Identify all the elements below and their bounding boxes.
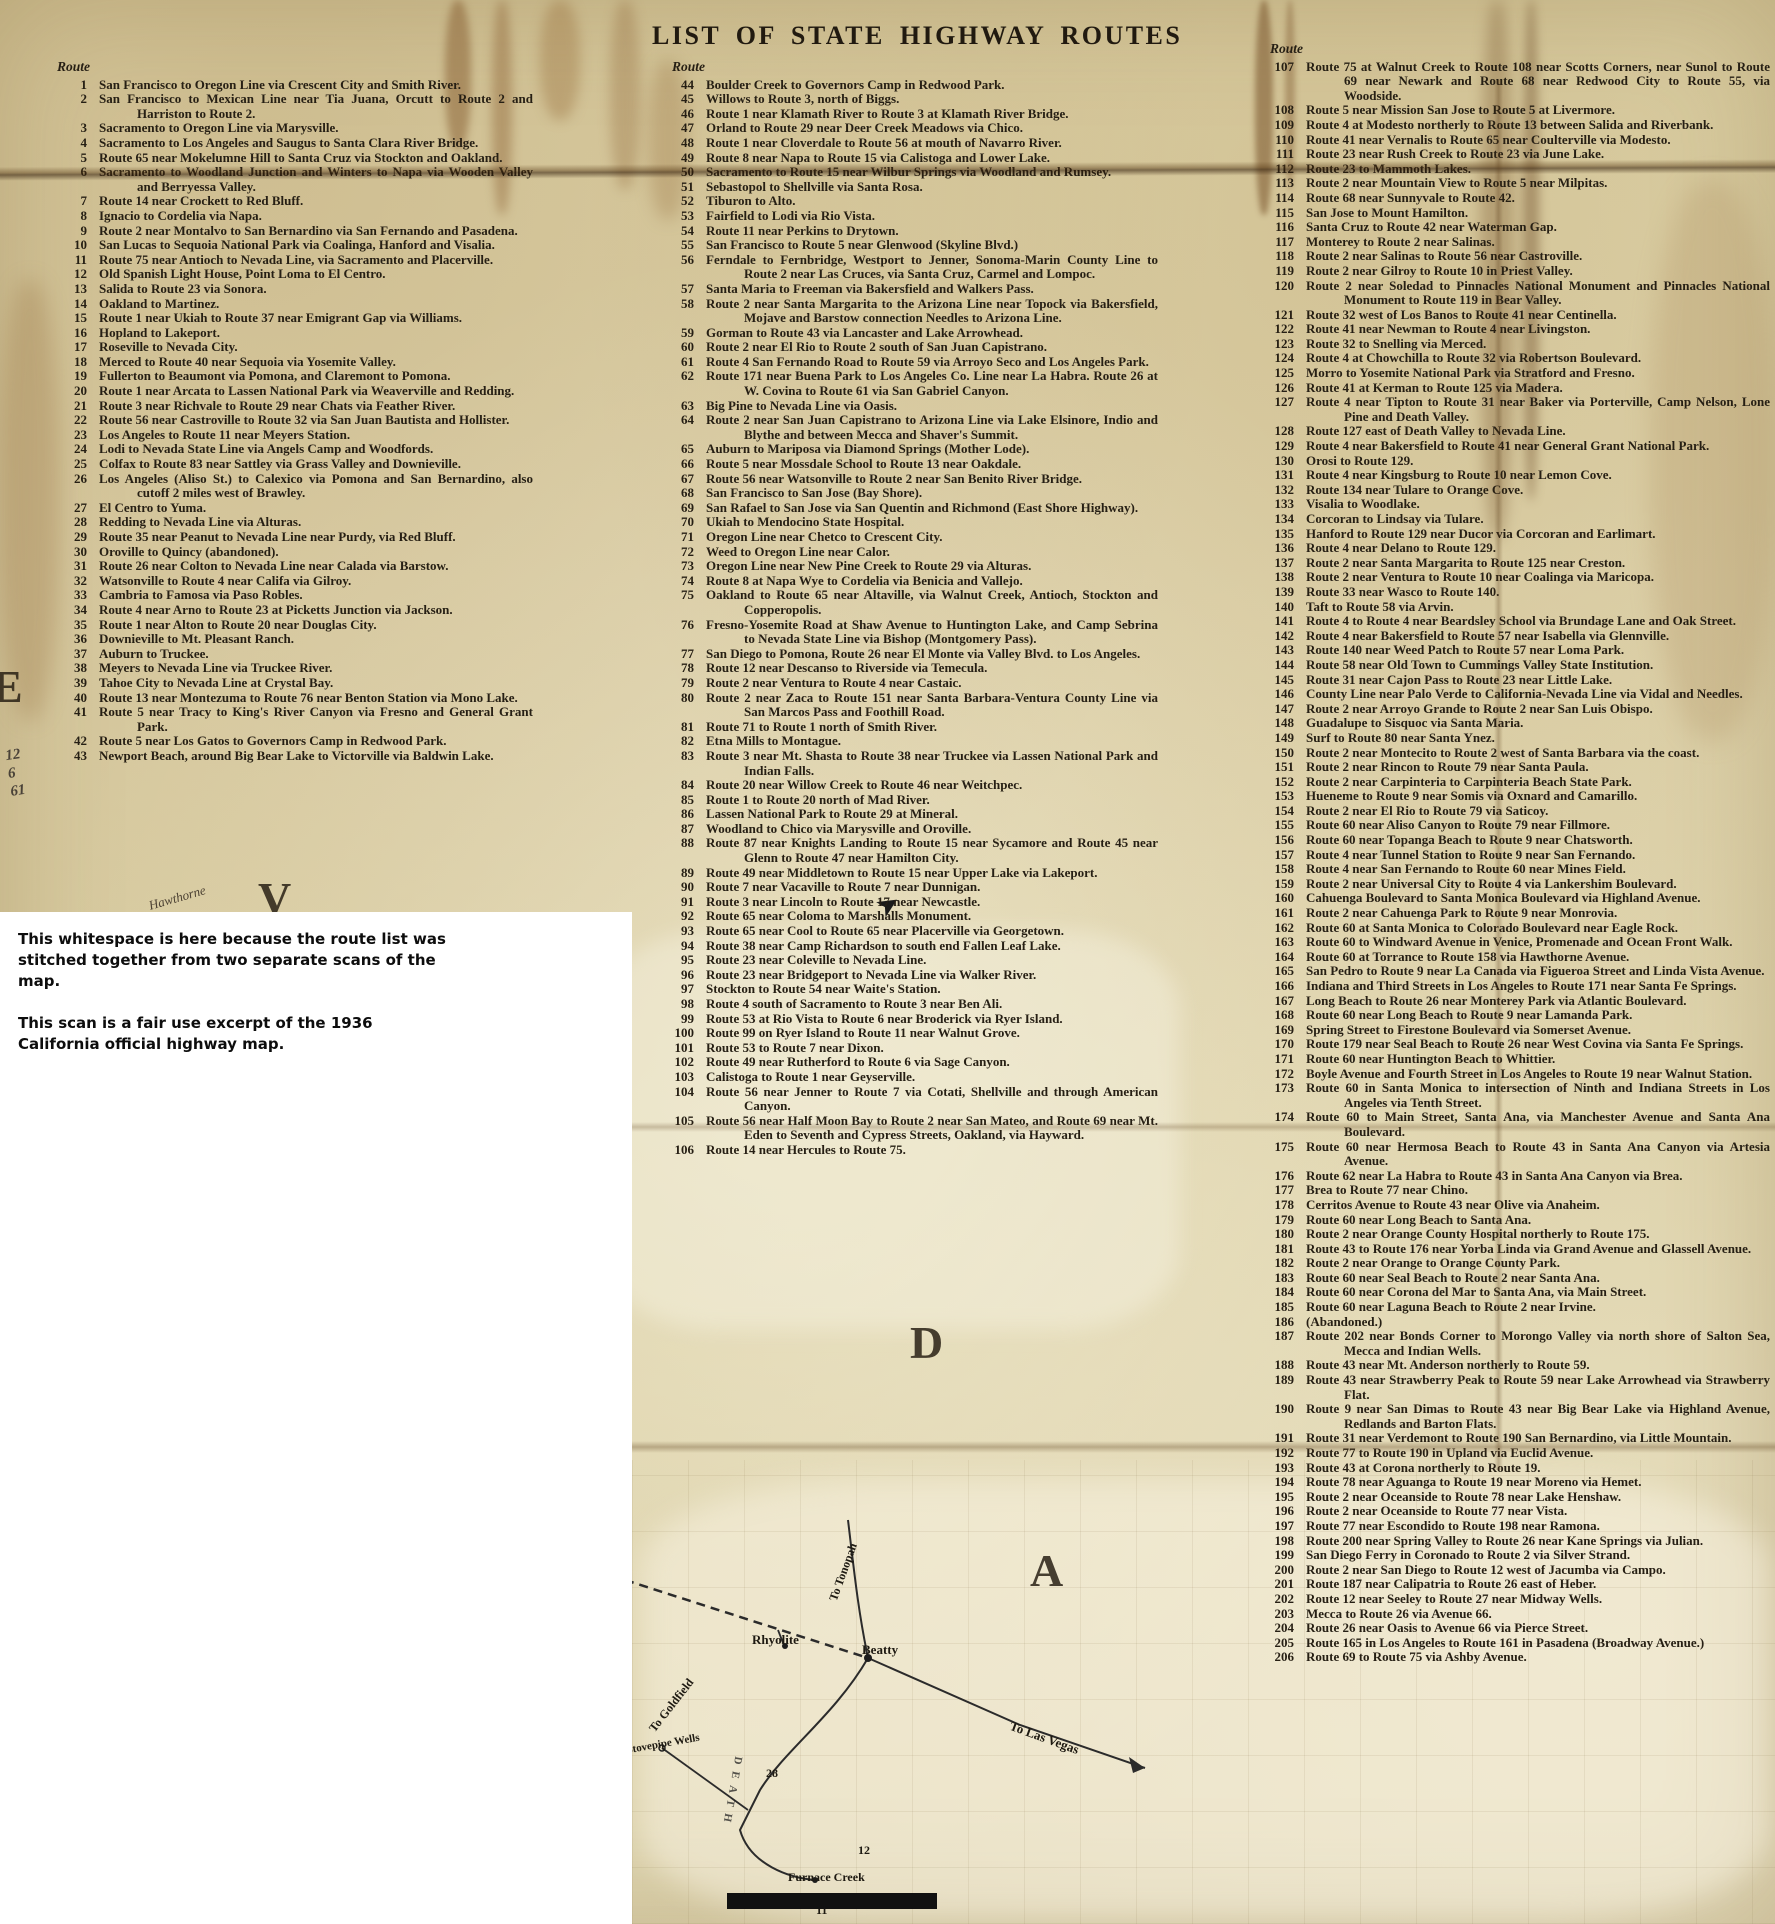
route-description: Meyers to Nevada Line via Truckee River.: [99, 661, 533, 676]
route-description: Route 179 near Seal Beach to Route 26 ne…: [1306, 1037, 1770, 1052]
route-column-header: Route: [650, 60, 1158, 75]
route-description: Route 4 near Bakersfield to Route 41 nea…: [1306, 439, 1770, 454]
route-entry: 195Route 2 near Oceanside to Route 78 ne…: [1236, 1490, 1770, 1505]
route-number: 84: [650, 778, 706, 793]
route-description: Route 65 near Coloma to Marshalls Monume…: [706, 909, 1158, 924]
route-description: Route 23 to Mammoth Lakes.: [1306, 162, 1770, 177]
route-number: 65: [650, 442, 706, 457]
route-description: Route 75 near Antioch to Nevada Line, vi…: [99, 253, 533, 268]
route-description: Indiana and Third Streets in Los Angeles…: [1306, 979, 1770, 994]
route-number: 136: [1236, 541, 1306, 556]
route-number: 24: [55, 442, 99, 457]
route-description: Route 1 near Cloverdale to Route 56 at m…: [706, 136, 1158, 151]
route-description: Mecca to Route 26 via Avenue 66.: [1306, 1607, 1770, 1622]
route-entry: 117Monterey to Route 2 near Salinas.: [1236, 235, 1770, 250]
route-number: 138: [1236, 570, 1306, 585]
route-description: (Abandoned.): [1306, 1315, 1770, 1330]
route-number: 190: [1236, 1402, 1306, 1431]
route-entry: 53Fairfield to Lodi via Rio Vista.: [650, 209, 1158, 224]
route-entry: 121Route 32 west of Los Banos to Route 4…: [1236, 308, 1770, 323]
route-description: Cerritos Avenue to Route 43 near Olive v…: [1306, 1198, 1770, 1213]
route-entry: 78Route 12 near Descanso to Riverside vi…: [650, 661, 1158, 676]
route-number: 101: [650, 1041, 706, 1056]
route-number: 153: [1236, 789, 1306, 804]
route-entry: 162Route 60 at Santa Monica to Colorado …: [1236, 921, 1770, 936]
route-number: 30: [55, 545, 99, 560]
route-entry: 159Route 2 near Universal City to Route …: [1236, 877, 1770, 892]
route-description: Cahuenga Boulevard to Santa Monica Boule…: [1306, 891, 1770, 906]
route-description: Sebastopol to Shellville via Santa Rosa.: [706, 180, 1158, 195]
route-description: Route 60 to Main Street, Santa Ana, via …: [1306, 1110, 1770, 1139]
route-entry: 81Route 71 to Route 1 north of Smith Riv…: [650, 720, 1158, 735]
route-description: Route 71 to Route 1 north of Smith River…: [706, 720, 1158, 735]
route-description: Route 4 at Modesto northerly to Route 13…: [1306, 118, 1770, 133]
route-list-column-2: Route 44Boulder Creek to Governors Camp …: [650, 60, 1158, 1158]
route-number: 34: [55, 603, 99, 618]
route-number: 163: [1236, 935, 1306, 950]
route-entry: 110Route 41 near Vernalis to Route 65 ne…: [1236, 133, 1770, 148]
route-entry: 39Tahoe City to Nevada Line at Crystal B…: [55, 676, 533, 691]
route-entry: 170Route 179 near Seal Beach to Route 26…: [1236, 1037, 1770, 1052]
route-description: Route 2 near Carpinteria to Carpinteria …: [1306, 775, 1770, 790]
route-number: 173: [1236, 1081, 1306, 1110]
route-entry: 49Route 8 near Napa to Route 15 via Cali…: [650, 151, 1158, 166]
route-number: 98: [650, 997, 706, 1012]
route-number: 123: [1236, 337, 1306, 352]
route-number: 151: [1236, 760, 1306, 775]
route-description: Route 2 near Zaca to Route 151 near Sant…: [706, 691, 1158, 720]
route-entry: 45Willows to Route 3, north of Biggs.: [650, 92, 1158, 107]
route-entry: 80Route 2 near Zaca to Route 151 near Sa…: [650, 691, 1158, 720]
route-number: 43: [55, 749, 99, 764]
route-number: 80: [650, 691, 706, 720]
route-description: Sacramento to Oregon Line via Marysville…: [99, 121, 533, 136]
route-number: 135: [1236, 527, 1306, 542]
route-number: 4: [55, 136, 99, 151]
route-number: 126: [1236, 381, 1306, 396]
route-number: 154: [1236, 804, 1306, 819]
route-entry: 19Fullerton to Beaumont via Pomona, and …: [55, 369, 533, 384]
route-entry: 50Sacramento to Route 15 near Wilbur Spr…: [650, 165, 1158, 180]
route-entry: 123Route 32 to Snelling via Merced.: [1236, 337, 1770, 352]
route-description: Route 60 near Seal Beach to Route 2 near…: [1306, 1271, 1770, 1286]
route-description: Route 2 near Orange to Orange County Par…: [1306, 1256, 1770, 1271]
route-description: Route 69 to Route 75 via Ashby Avenue.: [1306, 1650, 1770, 1665]
route-description: Salida to Route 23 via Sonora.: [99, 282, 533, 297]
route-number: 117: [1236, 235, 1306, 250]
map-route-number-12: 12: [858, 1843, 870, 1858]
route-number: 167: [1236, 994, 1306, 1009]
route-entry: 187Route 202 near Bonds Corner to Morong…: [1236, 1329, 1770, 1358]
route-entry: 179Route 60 near Long Beach to Santa Ana…: [1236, 1213, 1770, 1228]
route-number: 12: [55, 267, 99, 282]
map-town-furnace-creek-label: Furnace Creek: [788, 1870, 865, 1885]
route-entry: 34Route 4 near Arno to Route 23 at Picke…: [55, 603, 533, 618]
route-number: 3: [55, 121, 99, 136]
route-description: Woodland to Chico via Marysville and Oro…: [706, 822, 1158, 837]
route-number: 1: [55, 78, 99, 93]
route-description: Route 2 near Ventura to Route 10 near Co…: [1306, 570, 1770, 585]
route-number: 31: [55, 559, 99, 574]
route-entry: 6Sacramento to Woodland Junction and Win…: [55, 165, 533, 194]
route-description: Route 2 near El Rio to Route 2 south of …: [706, 340, 1158, 355]
route-description: Route 4 near Kingsburg to Route 10 near …: [1306, 468, 1770, 483]
route-description: Route 2 near El Rio to Route 79 via Sati…: [1306, 804, 1770, 819]
route-number: 185: [1236, 1300, 1306, 1315]
route-number: 50: [650, 165, 706, 180]
route-description: Weed to Oregon Line near Calor.: [706, 545, 1158, 560]
route-description: San Diego to Pomona, Route 26 near El Mo…: [706, 647, 1158, 662]
route-description: Route 4 to Route 4 near Beardsley School…: [1306, 614, 1770, 629]
route-description: Route 2 near San Juan Capistrano to Ariz…: [706, 413, 1158, 442]
route-number: 189: [1236, 1373, 1306, 1402]
route-description: Route 60 in Santa Monica to intersection…: [1306, 1081, 1770, 1110]
route-entry: 76Fresno-Yosemite Road at Shaw Avenue to…: [650, 618, 1158, 647]
route-number: 10: [55, 238, 99, 253]
route-entry: 92Route 65 near Coloma to Marshalls Monu…: [650, 909, 1158, 924]
route-number: 162: [1236, 921, 1306, 936]
route-entry: 112Route 23 to Mammoth Lakes.: [1236, 162, 1770, 177]
route-number: 97: [650, 982, 706, 997]
route-number: 7: [55, 194, 99, 209]
route-description: Route 4 at Chowchilla to Route 32 via Ro…: [1306, 351, 1770, 366]
route-entry: 141Route 4 to Route 4 near Beardsley Sch…: [1236, 614, 1770, 629]
route-number: 118: [1236, 249, 1306, 264]
route-description: Route 4 San Fernando Road to Route 59 vi…: [706, 355, 1158, 370]
route-entry: 201Route 187 near Calipatria to Route 26…: [1236, 1577, 1770, 1592]
route-description: Route 56 near Castroville to Route 32 vi…: [99, 413, 533, 428]
route-description: Route 33 near Wasco to Route 140.: [1306, 585, 1770, 600]
route-description: Hanford to Route 129 near Ducor via Corc…: [1306, 527, 1770, 542]
route-description: Route 3 near Lincoln to Route 17 near Ne…: [706, 895, 1158, 910]
route-description: Hopland to Lakeport.: [99, 326, 533, 341]
route-description: Route 2 near San Diego to Route 12 west …: [1306, 1563, 1770, 1578]
route-entry: 135Hanford to Route 129 near Ducor via C…: [1236, 527, 1770, 542]
route-description: Route 38 near Camp Richardson to south e…: [706, 939, 1158, 954]
route-entry: 122Route 41 near Newman to Route 4 near …: [1236, 322, 1770, 337]
route-entry: 74Route 8 at Napa Wye to Cordelia via Be…: [650, 574, 1158, 589]
route-description: Route 53 to Route 7 near Dixon.: [706, 1041, 1158, 1056]
route-entry: 126Route 41 at Kerman to Route 125 via M…: [1236, 381, 1770, 396]
route-description: Route 60 near Laguna Beach to Route 2 ne…: [1306, 1300, 1770, 1315]
route-entry: 44Boulder Creek to Governors Camp in Red…: [650, 78, 1158, 93]
route-description: Route 26 near Oasis to Avenue 66 via Pie…: [1306, 1621, 1770, 1636]
route-number: 119: [1236, 264, 1306, 279]
route-number: 199: [1236, 1548, 1306, 1563]
route-entry: 107Route 75 at Walnut Creek to Route 108…: [1236, 60, 1770, 104]
route-description: Route 3 near Richvale to Route 29 near C…: [99, 399, 533, 414]
route-description: Route 99 on Ryer Island to Route 11 near…: [706, 1026, 1158, 1041]
route-number: 96: [650, 968, 706, 983]
route-description: Route 41 near Vernalis to Route 65 near …: [1306, 133, 1770, 148]
route-description: Santa Maria to Freeman via Bakersfield a…: [706, 282, 1158, 297]
route-entry: 202Route 12 near Seeley to Route 27 near…: [1236, 1592, 1770, 1607]
route-description: Monterey to Route 2 near Salinas.: [1306, 235, 1770, 250]
route-description: Route 26 near Colton to Nevada Line near…: [99, 559, 533, 574]
route-entry: 41Route 5 near Tracy to King's River Can…: [55, 705, 533, 734]
route-number: 191: [1236, 1431, 1306, 1446]
route-description: Route 5 near Mission San Jose to Route 5…: [1306, 103, 1770, 118]
route-number: 139: [1236, 585, 1306, 600]
route-description: Lodi to Nevada State Line via Angels Cam…: [99, 442, 533, 457]
route-entry: 144Route 58 near Old Town to Cummings Va…: [1236, 658, 1770, 673]
route-description: Route 14 near Hercules to Route 75.: [706, 1143, 1158, 1158]
route-description: Route 58 near Old Town to Cummings Valle…: [1306, 658, 1770, 673]
route-description: Los Angeles to Route 11 near Meyers Stat…: [99, 428, 533, 443]
route-description: Willows to Route 3, north of Biggs.: [706, 92, 1158, 107]
route-entry: 70Ukiah to Mendocino State Hospital.: [650, 515, 1158, 530]
route-number: 103: [650, 1070, 706, 1085]
route-number: 28: [55, 515, 99, 530]
route-entry: 35Route 1 near Alton to Route 20 near Do…: [55, 618, 533, 633]
route-description: Route 68 near Sunnyvale to Route 42.: [1306, 191, 1770, 206]
route-entry: 171Route 60 near Huntington Beach to Whi…: [1236, 1052, 1770, 1067]
route-entry: 199San Diego Ferry in Coronado to Route …: [1236, 1548, 1770, 1563]
route-number: 44: [650, 78, 706, 93]
route-number: 129: [1236, 439, 1306, 454]
route-number: 169: [1236, 1023, 1306, 1038]
route-entry: 61Route 4 San Fernando Road to Route 59 …: [650, 355, 1158, 370]
route-entry: 134Corcoran to Lindsay via Tulare.: [1236, 512, 1770, 527]
route-number: 160: [1236, 891, 1306, 906]
route-number: 168: [1236, 1008, 1306, 1023]
route-description: Route 5 near Mossdale School to Route 13…: [706, 457, 1158, 472]
route-entry: 72Weed to Oregon Line near Calor.: [650, 545, 1158, 560]
route-entry: 89Route 49 near Middletown to Route 15 n…: [650, 866, 1158, 881]
route-entry: 83Route 3 near Mt. Shasta to Route 38 ne…: [650, 749, 1158, 778]
route-entry: 43Newport Beach, around Big Bear Lake to…: [55, 749, 533, 764]
route-entry: 150Route 2 near Montecito to Route 2 wes…: [1236, 746, 1770, 761]
route-description: Oregon Line near Chetco to Crescent City…: [706, 530, 1158, 545]
route-entry: 197Route 77 near Escondido to Route 198 …: [1236, 1519, 1770, 1534]
route-entry: 185Route 60 near Laguna Beach to Route 2…: [1236, 1300, 1770, 1315]
route-entry: 8Ignacio to Cordelia via Napa.: [55, 209, 533, 224]
route-description: Route 4 near Tipton to Route 31 near Bak…: [1306, 395, 1770, 424]
route-number: 180: [1236, 1227, 1306, 1242]
route-description: Route 43 to Route 176 near Yorba Linda v…: [1306, 1242, 1770, 1257]
route-entry: 158Route 4 near San Fernando to Route 60…: [1236, 862, 1770, 877]
route-description: Tahoe City to Nevada Line at Crystal Bay…: [99, 676, 533, 691]
route-entry: 54Route 11 near Perkins to Drytown.: [650, 224, 1158, 239]
route-description: San Rafael to San Jose via San Quentin a…: [706, 501, 1158, 516]
route-list-column-3: Route 107Route 75 at Walnut Creek to Rou…: [1236, 42, 1770, 1665]
route-description: San Francisco to Oregon Line via Crescen…: [99, 78, 533, 93]
route-number: 128: [1236, 424, 1306, 439]
route-number: 69: [650, 501, 706, 516]
route-number: 201: [1236, 1577, 1306, 1592]
route-description: Taft to Route 58 via Arvin.: [1306, 600, 1770, 615]
route-number: 161: [1236, 906, 1306, 921]
route-number: 94: [650, 939, 706, 954]
route-number: 130: [1236, 454, 1306, 469]
route-entry: 155Route 60 near Aliso Canyon to Route 7…: [1236, 818, 1770, 833]
route-description: Ignacio to Cordelia via Napa.: [99, 209, 533, 224]
route-description: Morro to Yosemite National Park via Stra…: [1306, 366, 1770, 381]
route-list: 1San Francisco to Oregon Line via Cresce…: [55, 78, 533, 764]
route-entry: 183Route 60 near Seal Beach to Route 2 n…: [1236, 1271, 1770, 1286]
map-town-beatty-label: Beatty: [862, 1642, 898, 1658]
route-number: 158: [1236, 862, 1306, 877]
route-description: Route 32 west of Los Banos to Route 41 n…: [1306, 308, 1770, 323]
route-number: 183: [1236, 1271, 1306, 1286]
route-description: Route 2 near Montalvo to San Bernardino …: [99, 224, 533, 239]
route-number: 22: [55, 413, 99, 428]
route-number: 186: [1236, 1315, 1306, 1330]
route-description: Fresno-Yosemite Road at Shaw Avenue to H…: [706, 618, 1158, 647]
route-description: Route 127 east of Death Valley to Nevada…: [1306, 424, 1770, 439]
route-entry: 149Surf to Route 80 near Santa Ynez.: [1236, 731, 1770, 746]
route-number: 148: [1236, 716, 1306, 731]
route-description: Route 56 near Watsonville to Route 2 nea…: [706, 472, 1158, 487]
route-entry: 181Route 43 to Route 176 near Yorba Lind…: [1236, 1242, 1770, 1257]
route-entry: 180Route 2 near Orange County Hospital n…: [1236, 1227, 1770, 1242]
route-number: 187: [1236, 1329, 1306, 1358]
route-number: 75: [650, 588, 706, 617]
route-entry: 12Old Spanish Light House, Point Loma to…: [55, 267, 533, 282]
route-description: County Line near Palo Verde to Californi…: [1306, 687, 1770, 702]
route-number: 83: [650, 749, 706, 778]
route-description: Route 2 near Universal City to Route 4 v…: [1306, 877, 1770, 892]
route-number: 68: [650, 486, 706, 501]
route-entry: 139Route 33 near Wasco to Route 140.: [1236, 585, 1770, 600]
route-number: 16: [55, 326, 99, 341]
route-description: Route 4 near Bakersfield to Route 57 nea…: [1306, 629, 1770, 644]
route-number: 195: [1236, 1490, 1306, 1505]
route-description: Spring Street to Firestone Boulevard via…: [1306, 1023, 1770, 1038]
route-number: 164: [1236, 950, 1306, 965]
route-number: 150: [1236, 746, 1306, 761]
route-description: Route 56 near Half Moon Bay to Route 2 n…: [706, 1114, 1158, 1143]
route-description: Lassen National Park to Route 29 at Mine…: [706, 807, 1158, 822]
route-entry: 36Downieville to Mt. Pleasant Ranch.: [55, 632, 533, 647]
route-entry: 9Route 2 near Montalvo to San Bernardino…: [55, 224, 533, 239]
route-description: Route 12 near Descanso to Riverside via …: [706, 661, 1158, 676]
route-entry: 33Cambria to Famosa via Paso Robles.: [55, 588, 533, 603]
route-number: 61: [650, 355, 706, 370]
route-number: 108: [1236, 103, 1306, 118]
route-description: Route 60 near Long Beach to Santa Ana.: [1306, 1213, 1770, 1228]
route-entry: 69San Rafael to San Jose via San Quentin…: [650, 501, 1158, 516]
route-entry: 24Lodi to Nevada State Line via Angels C…: [55, 442, 533, 457]
route-entry: 167Long Beach to Route 26 near Monterey …: [1236, 994, 1770, 1009]
route-entry: 101Route 53 to Route 7 near Dixon.: [650, 1041, 1158, 1056]
stitch-note-line-1: This whitespace is here because the rout…: [18, 929, 448, 992]
route-number: 6: [55, 165, 99, 194]
route-number: 40: [55, 691, 99, 706]
route-description: Route 140 near Weed Patch to Route 57 ne…: [1306, 643, 1770, 658]
route-entry: 132Route 134 near Tulare to Orange Cove.: [1236, 483, 1770, 498]
route-entry: 109Route 4 at Modesto northerly to Route…: [1236, 118, 1770, 133]
route-entry: 205Route 165 in Los Angeles to Route 161…: [1236, 1636, 1770, 1651]
route-entry: 166Indiana and Third Streets in Los Ange…: [1236, 979, 1770, 994]
route-description: Route 12 near Seeley to Route 27 near Mi…: [1306, 1592, 1770, 1607]
route-description: Boyle Avenue and Fourth Street in Los An…: [1306, 1067, 1770, 1082]
route-number: 174: [1236, 1110, 1306, 1139]
route-description: Route 134 near Tulare to Orange Cove.: [1306, 483, 1770, 498]
route-number: 106: [650, 1143, 706, 1158]
route-entry: 60Route 2 near El Rio to Route 2 south o…: [650, 340, 1158, 355]
route-description: Route 43 near Strawberry Peak to Route 5…: [1306, 1373, 1770, 1402]
route-entry: 38Meyers to Nevada Line via Truckee Rive…: [55, 661, 533, 676]
route-description: Roseville to Nevada City.: [99, 340, 533, 355]
route-description: Route 8 near Napa to Route 15 via Calist…: [706, 151, 1158, 166]
route-description: Route 75 at Walnut Creek to Route 108 ne…: [1306, 60, 1770, 104]
route-description: Route 65 near Mokelumne Hill to Santa Cr…: [99, 151, 533, 166]
route-entry: 196Route 2 near Oceanside to Route 77 ne…: [1236, 1504, 1770, 1519]
route-column-header: Route: [55, 60, 533, 75]
route-number: 92: [650, 909, 706, 924]
route-description: Hueneme to Route 9 near Somis via Oxnard…: [1306, 789, 1770, 804]
route-description: Oakland to Route 65 near Altaville, via …: [706, 588, 1158, 617]
route-number: 45: [650, 92, 706, 107]
route-number: 23: [55, 428, 99, 443]
route-description: Ferndale to Fernbridge, Westport to Jenn…: [706, 253, 1158, 282]
route-entry: 98Route 4 south of Sacramento to Route 3…: [650, 997, 1158, 1012]
route-description: Sacramento to Los Angeles and Saugus to …: [99, 136, 533, 151]
route-number: 66: [650, 457, 706, 472]
route-entry: 75Oakland to Route 65 near Altaville, vi…: [650, 588, 1158, 617]
route-number: 107: [1236, 60, 1306, 104]
route-entry: 7Route 14 near Crockett to Red Bluff.: [55, 194, 533, 209]
map-region-letter-a: A: [1030, 1544, 1063, 1597]
route-description: Route 78 near Aguanga to Route 19 near M…: [1306, 1475, 1770, 1490]
route-entry: 21Route 3 near Richvale to Route 29 near…: [55, 399, 533, 414]
route-number: 152: [1236, 775, 1306, 790]
route-number: 39: [55, 676, 99, 691]
route-entry: 2San Francisco to Mexican Line near Tia …: [55, 92, 533, 121]
route-number: 21: [55, 399, 99, 414]
route-number: 197: [1236, 1519, 1306, 1534]
route-number: 142: [1236, 629, 1306, 644]
route-entry: 173Route 60 in Santa Monica to intersect…: [1236, 1081, 1770, 1110]
route-number: 206: [1236, 1650, 1306, 1665]
route-description: Route 2 near Cahuenga Park to Route 9 ne…: [1306, 906, 1770, 921]
route-description: Route 202 near Bonds Corner to Morongo V…: [1306, 1329, 1770, 1358]
route-entry: 136Route 4 near Delano to Route 129.: [1236, 541, 1770, 556]
route-description: Big Pine to Nevada Line via Oasis.: [706, 399, 1158, 414]
route-entry: 30Oroville to Quincy (abandoned).: [55, 545, 533, 560]
route-number: 177: [1236, 1183, 1306, 1198]
route-entry: 11Route 75 near Antioch to Nevada Line, …: [55, 253, 533, 268]
route-description: Tiburon to Alto.: [706, 194, 1158, 209]
route-number: 132: [1236, 483, 1306, 498]
route-entry: 153Hueneme to Route 9 near Somis via Oxn…: [1236, 789, 1770, 804]
route-description: Sacramento to Route 15 near Wilbur Sprin…: [706, 165, 1158, 180]
route-number: 46: [650, 107, 706, 122]
route-entry: 42Route 5 near Los Gatos to Governors Ca…: [55, 734, 533, 749]
route-number: 105: [650, 1114, 706, 1143]
route-number: 37: [55, 647, 99, 662]
route-number: 166: [1236, 979, 1306, 994]
route-entry: 177Brea to Route 77 near Chino.: [1236, 1183, 1770, 1198]
route-number: 26: [55, 472, 99, 501]
route-description: Merced to Route 40 near Sequoia via Yose…: [99, 355, 533, 370]
route-entry: 106Route 14 near Hercules to Route 75.: [650, 1143, 1158, 1158]
route-number: 76: [650, 618, 706, 647]
route-entry: 68San Francisco to San Jose (Bay Shore).: [650, 486, 1158, 501]
route-entry: 22Route 56 near Castroville to Route 32 …: [55, 413, 533, 428]
route-entry: 169Spring Street to Firestone Boulevard …: [1236, 1023, 1770, 1038]
route-entry: 90Route 7 near Vacaville to Route 7 near…: [650, 880, 1158, 895]
route-entry: 172Boyle Avenue and Fourth Street in Los…: [1236, 1067, 1770, 1082]
route-number: 60: [650, 340, 706, 355]
route-entry: 194Route 78 near Aguanga to Route 19 nea…: [1236, 1475, 1770, 1490]
route-number: 90: [650, 880, 706, 895]
route-entry: 25Colfax to Route 83 near Sattley via Gr…: [55, 457, 533, 472]
route-description: Route 23 near Rush Creek to Route 23 via…: [1306, 147, 1770, 162]
route-description: Route 56 near Jenner to Route 7 via Cota…: [706, 1085, 1158, 1114]
route-entry: 129Route 4 near Bakersfield to Route 41 …: [1236, 439, 1770, 454]
